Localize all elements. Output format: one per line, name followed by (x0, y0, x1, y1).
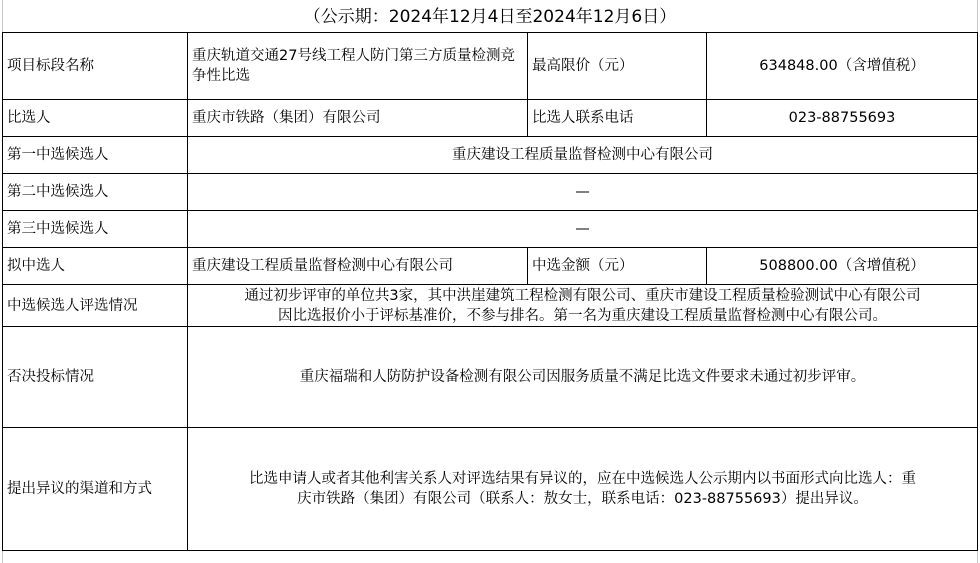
table-row-second-candidate: 第二中选候选人 — (3, 174, 978, 211)
winning-amount-value[interactable]: 508800.00（含增值税） (707, 248, 978, 285)
table-row-proposed-winner: 拟中选人 重庆建设工程质量监督检测中心有限公司 中选金额（元） 508800.0… (3, 248, 978, 285)
max-price-label[interactable]: 最高限价（元） (528, 33, 707, 100)
objection-line-1: 比选申请人或者其他利害关系人对评选结果有异议的，应在中选候选人公示期内以书面形式… (192, 469, 973, 489)
table-row-selector: 比选人 重庆市铁路（集团）有限公司 比选人联系电话 023-88755693 (3, 100, 978, 137)
selector-value[interactable]: 重庆市铁路（集团）有限公司 (188, 100, 528, 137)
evaluation-line-2: 因比选报价小于评标基准价，不参与排名。第一名为重庆建设工程质量监督检测中心有限公… (192, 306, 973, 326)
objection-line-2: 庆市铁路（集团）有限公司（联系人：敖女士，联系电话：023-88755693）提… (192, 489, 973, 509)
third-candidate-label[interactable]: 第三中选候选人 (3, 211, 188, 248)
first-candidate-label[interactable]: 第一中选候选人 (3, 137, 188, 174)
result-table: 项目标段名称 重庆轨道交通27号线工程人防门第三方质量检测竞争性比选 最高限价（… (2, 32, 978, 551)
selector-phone-value[interactable]: 023-88755693 (707, 100, 978, 137)
objection-value[interactable]: 比选申请人或者其他利害关系人对评选结果有异议的，应在中选候选人公示期内以书面形式… (188, 428, 978, 551)
objection-label[interactable]: 提出异议的渠道和方式 (3, 428, 188, 551)
second-candidate-value[interactable]: — (188, 174, 978, 211)
evaluation-value[interactable]: 通过初步评审的单位共3家，其中洪崖建筑工程检测有限公司、重庆市建设工程质量检验测… (188, 285, 978, 327)
evaluation-label[interactable]: 中选候选人评选情况 (3, 285, 188, 327)
first-candidate-value[interactable]: 重庆建设工程质量监督检测中心有限公司 (188, 137, 978, 174)
max-price-value[interactable]: 634848.00（含增值税） (707, 33, 978, 100)
project-name-value[interactable]: 重庆轨道交通27号线工程人防门第三方质量检测竞争性比选 (188, 33, 528, 100)
third-candidate-value[interactable]: — (188, 211, 978, 248)
table-row-objection: 提出异议的渠道和方式 比选申请人或者其他利害关系人对评选结果有异议的，应在中选候… (3, 428, 978, 551)
proposed-winner-value[interactable]: 重庆建设工程质量监督检测中心有限公司 (188, 248, 528, 285)
table-row-rejection: 否决投标情况 重庆福瑞和人防防护设备检测有限公司因服务质量不满足比选文件要求未通… (3, 327, 978, 428)
rejection-value[interactable]: 重庆福瑞和人防防护设备检测有限公司因服务质量不满足比选文件要求未通过初步评审。 (188, 327, 978, 428)
selector-phone-label[interactable]: 比选人联系电话 (528, 100, 707, 137)
evaluation-line-1: 通过初步评审的单位共3家，其中洪崖建筑工程检测有限公司、重庆市建设工程质量检验测… (192, 286, 973, 306)
winning-amount-label[interactable]: 中选金额（元） (528, 248, 707, 285)
table-row-project: 项目标段名称 重庆轨道交通27号线工程人防门第三方质量检测竞争性比选 最高限价（… (3, 33, 978, 100)
second-candidate-label[interactable]: 第二中选候选人 (3, 174, 188, 211)
project-name-label[interactable]: 项目标段名称 (3, 33, 188, 100)
table-row-first-candidate: 第一中选候选人 重庆建设工程质量监督检测中心有限公司 (3, 137, 978, 174)
proposed-winner-label[interactable]: 拟中选人 (3, 248, 188, 285)
rejection-label[interactable]: 否决投标情况 (3, 327, 188, 428)
table-row-evaluation: 中选候选人评选情况 通过初步评审的单位共3家，其中洪崖建筑工程检测有限公司、重庆… (3, 285, 978, 327)
selector-label[interactable]: 比选人 (3, 100, 188, 137)
publicity-period-title: （公示期：2024年12月4日至2024年12月6日） (0, 0, 980, 32)
table-row-third-candidate: 第三中选候选人 — (3, 211, 978, 248)
